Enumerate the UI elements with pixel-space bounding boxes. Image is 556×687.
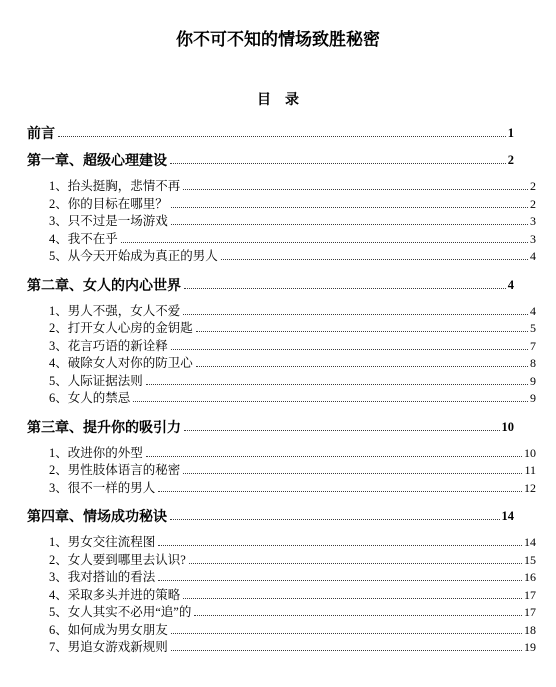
dot-leader: [170, 163, 506, 164]
toc-entry: 4、破除女人对你的防卫心 8: [27, 355, 536, 373]
toc-entry-page: 17: [524, 587, 536, 605]
dot-leader: [221, 259, 528, 260]
toc-entry-label: 第一章、超级心理建设: [27, 151, 167, 170]
dot-leader: [183, 314, 528, 315]
toc-entry-page: 14: [524, 534, 536, 552]
toc-entry-label: 2、打开女人心房的金钥匙: [49, 320, 193, 338]
toc-entry-label: 5、从今天开始成为真正的男人: [49, 248, 218, 266]
toc-entry: 第一章、超级心理建设 2: [27, 151, 514, 170]
toc-entry: 1、抬头挺胸，悲情不再 2: [27, 178, 536, 196]
toc-entry-label: 2、你的目标在哪里？: [49, 196, 168, 214]
toc-entry: 2、打开女人心房的金钥匙 5: [27, 320, 536, 338]
toc-entry-page: 7: [530, 338, 536, 356]
dot-leader: [183, 189, 528, 190]
dot-leader: [158, 491, 522, 492]
dot-leader: [146, 456, 522, 457]
dot-leader: [189, 563, 522, 564]
dot-leader: [171, 349, 528, 350]
toc-entry: 第三章、提升你的吸引力 10: [27, 418, 514, 437]
dot-leader: [196, 366, 528, 367]
toc-entry: 4、我不在乎 3: [27, 231, 536, 249]
toc-entry-label: 第二章、女人的内心世界: [27, 276, 181, 295]
dot-leader: [171, 224, 528, 225]
toc-entry-label: 7、男追女游戏新规则: [49, 639, 168, 657]
toc-entry: 3、我对搭讪的看法 16: [27, 569, 536, 587]
toc-entry-page: 19: [524, 639, 536, 657]
toc-entry-label: 1、改进你的外型: [49, 445, 143, 463]
toc-entry-page: 14: [502, 507, 515, 526]
toc-entry-label: 1、抬头挺胸，悲情不再: [49, 178, 180, 196]
toc-entry-page: 2: [508, 151, 514, 170]
toc-entry-page: 4: [530, 303, 536, 321]
dot-leader: [196, 331, 528, 332]
toc-entry-label: 2、女人要到哪里去认识?: [49, 552, 186, 570]
dot-leader: [58, 136, 506, 137]
toc-entry-label: 第三章、提升你的吸引力: [27, 418, 181, 437]
toc-entry-label: 3、花言巧语的新诠释: [49, 338, 168, 356]
toc-entry: 1、男人不强，女人不爱 4: [27, 303, 536, 321]
toc-entry-page: 5: [530, 320, 536, 338]
toc-entry-page: 12: [524, 480, 536, 498]
toc-entry: 前言 1: [27, 124, 514, 143]
toc-list: 前言 1 第一章、超级心理建设 2 1、抬头挺胸，悲情不再 2 2、你的目标在哪…: [27, 124, 514, 657]
toc-entry: 1、男女交往流程图 14: [27, 534, 536, 552]
toc-entry-label: 2、男性肢体语言的秘密: [49, 462, 180, 480]
toc-entry: 4、采取多头并进的策略 17: [27, 587, 536, 605]
toc-entry-label: 5、人际证据法则: [49, 373, 143, 391]
dot-leader: [171, 207, 528, 208]
toc-entry-page: 11: [524, 462, 536, 480]
toc-entry-label: 4、我不在乎: [49, 231, 118, 249]
toc-entry-page: 3: [530, 213, 536, 231]
toc-entry: 2、你的目标在哪里？ 2: [27, 196, 536, 214]
toc-heading: 目 录: [0, 91, 556, 107]
toc-entry: 3、只不过是一场游戏 3: [27, 213, 536, 231]
toc-entry-label: 6、女人的禁忌: [49, 390, 130, 408]
toc-entry: 6、女人的禁忌 9: [27, 390, 536, 408]
document-page: 你不可不知的情场致胜秘密 目 录 前言 1 第一章、超级心理建设 2 1、抬头挺…: [0, 0, 556, 687]
toc-entry-label: 4、采取多头并进的策略: [49, 587, 180, 605]
toc-entry-page: 1: [508, 124, 514, 143]
toc-entry-page: 16: [524, 569, 536, 587]
toc-entry-page: 17: [524, 604, 536, 622]
toc-entry-page: 10: [502, 418, 515, 437]
toc-entry: 5、人际证据法则 9: [27, 373, 536, 391]
toc-entry: 2、女人要到哪里去认识? 15: [27, 552, 536, 570]
toc-entry-label: 6、如何成为男女朋友: [49, 622, 168, 640]
toc-entry-page: 15: [524, 552, 536, 570]
toc-entry-label: 前言: [27, 124, 55, 143]
dot-leader: [170, 519, 500, 520]
dot-leader: [183, 473, 522, 474]
toc-entry-page: 10: [524, 445, 536, 463]
dot-leader: [146, 384, 528, 385]
toc-entry-page: 2: [530, 196, 536, 214]
document-title: 你不可不知的情场致胜秘密: [0, 30, 556, 49]
toc-entry-label: 3、很不一样的男人: [49, 480, 155, 498]
toc-entry: 6、如何成为男女朋友 18: [27, 622, 536, 640]
toc-entry-label: 3、我对搭讪的看法: [49, 569, 155, 587]
toc-entry-label: 第四章、情场成功秘诀: [27, 507, 167, 526]
toc-entry-page: 4: [530, 248, 536, 266]
dot-leader: [171, 650, 522, 651]
dot-leader: [158, 580, 522, 581]
toc-entry: 3、很不一样的男人 12: [27, 480, 536, 498]
dot-leader: [184, 288, 506, 289]
toc-entry: 5、女人其实不必用“追”的 17: [27, 604, 536, 622]
toc-entry-label: 1、男女交往流程图: [49, 534, 155, 552]
toc-entry-label: 1、男人不强，女人不爱: [49, 303, 180, 321]
toc-entry: 2、男性肢体语言的秘密 11: [27, 462, 536, 480]
dot-leader: [133, 401, 528, 402]
dot-leader: [194, 615, 522, 616]
toc-entry-label: 4、破除女人对你的防卫心: [49, 355, 193, 373]
toc-entry-page: 2: [530, 178, 536, 196]
toc-entry-page: 18: [524, 622, 536, 640]
dot-leader: [121, 242, 528, 243]
toc-entry: 3、花言巧语的新诠释 7: [27, 338, 536, 356]
dot-leader: [184, 430, 500, 431]
toc-entry-page: 9: [530, 390, 536, 408]
toc-entry-label: 5、女人其实不必用“追”的: [49, 604, 191, 622]
toc-entry-label: 3、只不过是一场游戏: [49, 213, 168, 231]
toc-entry: 第二章、女人的内心世界 4: [27, 276, 514, 295]
toc-entry: 7、男追女游戏新规则 19: [27, 639, 536, 657]
toc-entry-page: 8: [530, 355, 536, 373]
dot-leader: [171, 633, 522, 634]
toc-entry-page: 9: [530, 373, 536, 391]
toc-entry-page: 3: [530, 231, 536, 249]
dot-leader: [158, 545, 522, 546]
toc-entry: 5、从今天开始成为真正的男人 4: [27, 248, 536, 266]
dot-leader: [183, 598, 522, 599]
toc-entry-page: 4: [508, 276, 514, 295]
toc-entry: 1、改进你的外型 10: [27, 445, 536, 463]
toc-entry: 第四章、情场成功秘诀 14: [27, 507, 514, 526]
